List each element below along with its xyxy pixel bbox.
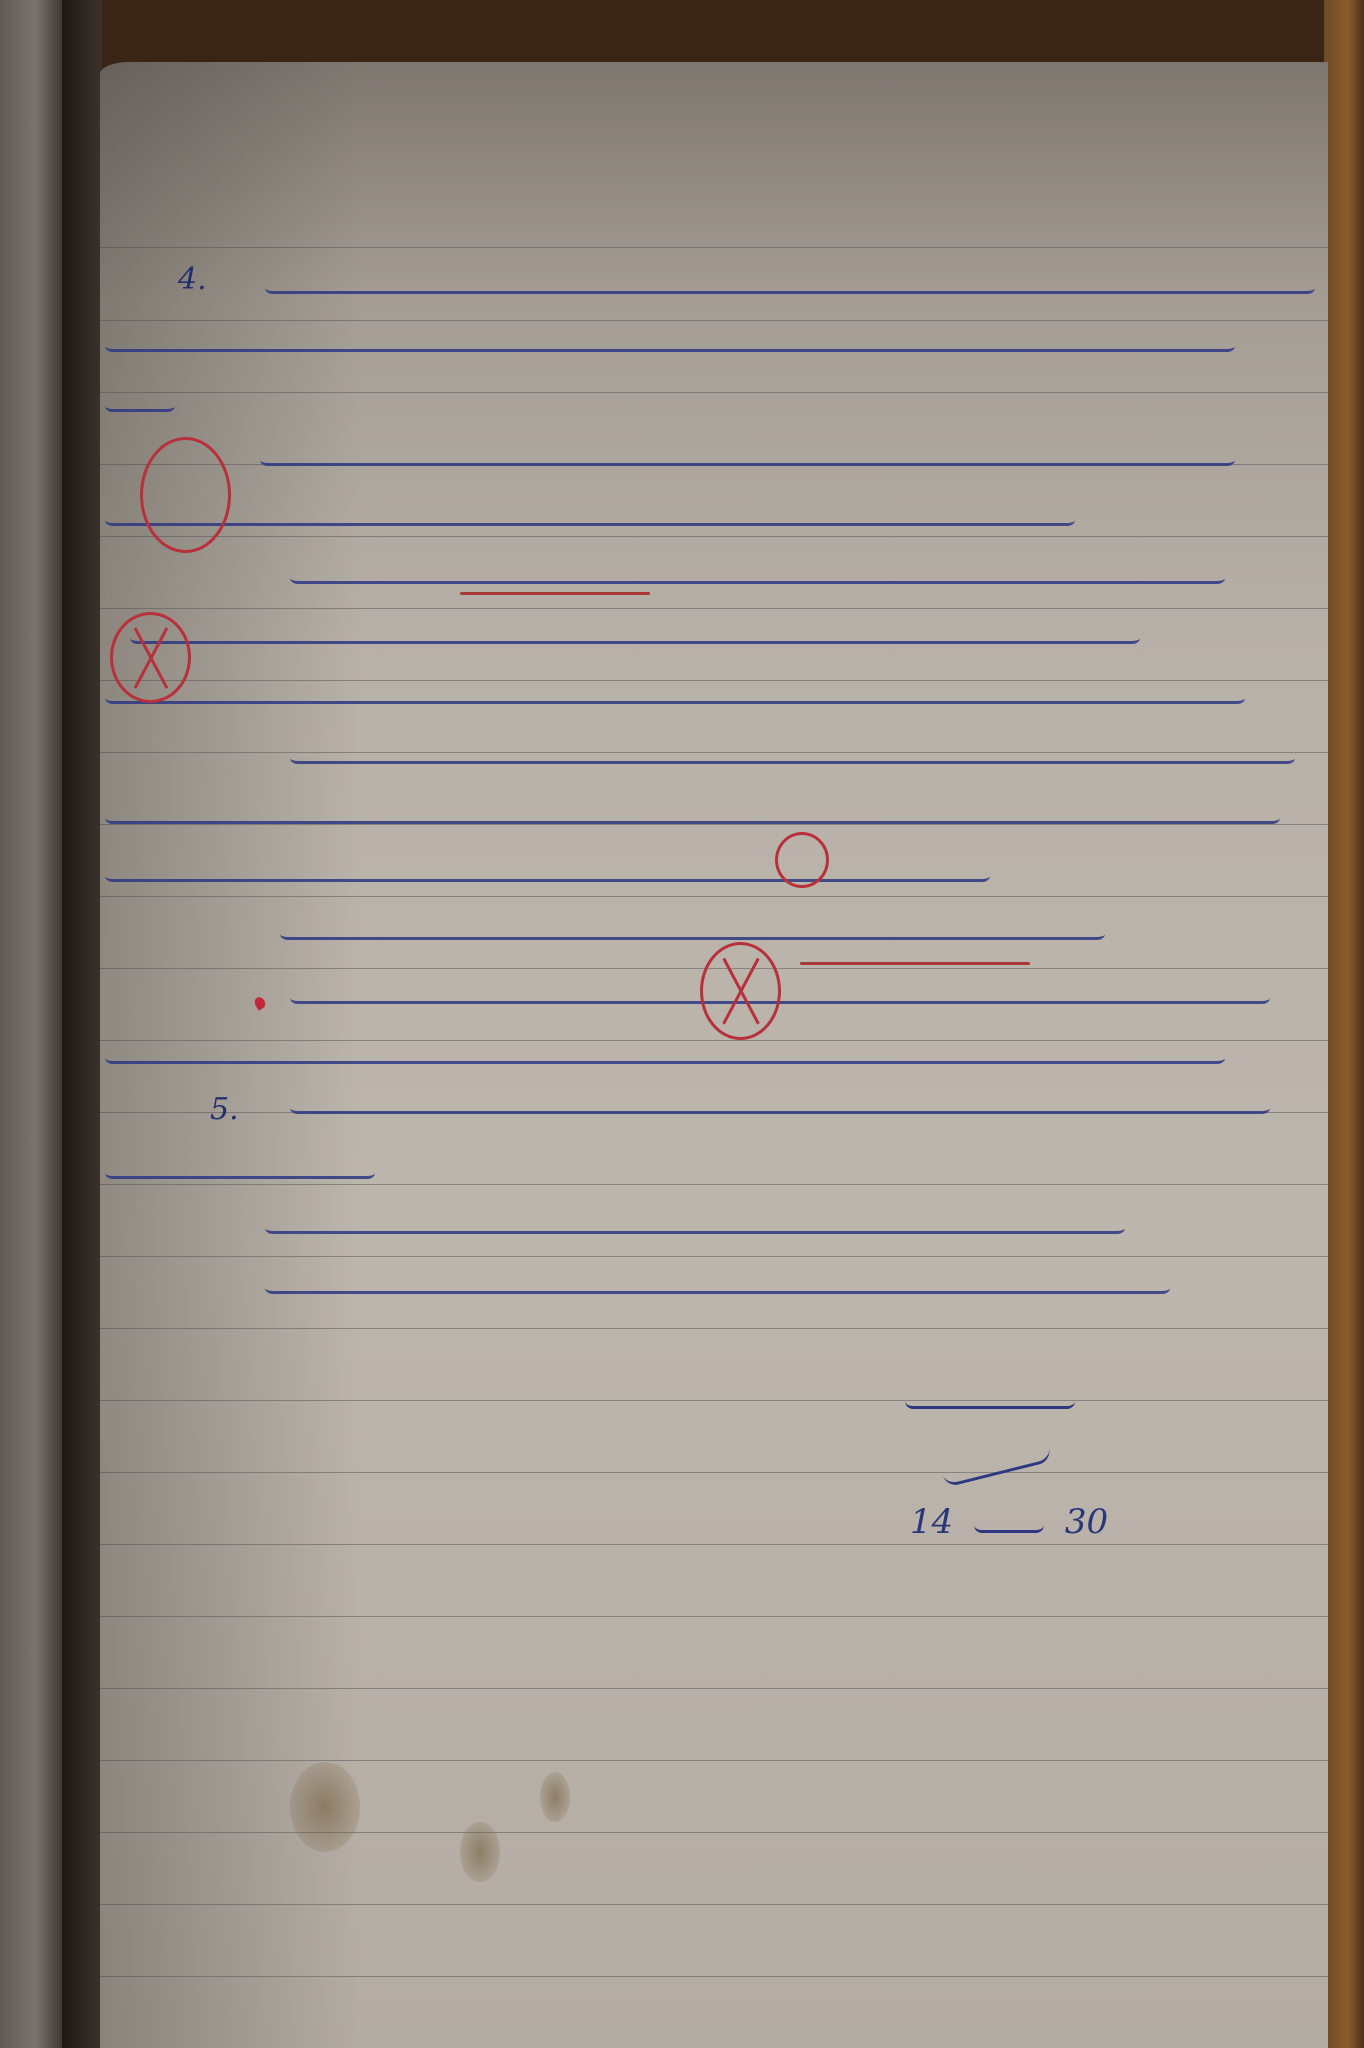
red-underline-annotation	[800, 962, 1030, 965]
handwritten-line: [handwritten Thai phrase – illegible]	[105, 1157, 375, 1197]
notebook-cover-edge	[1324, 0, 1364, 2048]
paper-stain	[540, 1772, 570, 1822]
handwritten-line: [handwritten Thai line – illegible]	[105, 682, 1245, 722]
handwritten-line: [handwritten Thai line – illegible]	[130, 622, 1140, 662]
red-x-annotation	[110, 612, 191, 703]
red-circle-annotation	[140, 437, 231, 553]
handwritten-line: [indented handwritten Thai line, partly …	[290, 562, 1225, 602]
handwritten-line: [handwritten Thai line with parenthetica…	[105, 504, 1075, 544]
ruled-line	[100, 1328, 1328, 1329]
handwritten-line: [handwritten Thai line with small supers…	[105, 1042, 1225, 1082]
signature-date: 14 [handwritten Thai month abbreviation …	[910, 1502, 1108, 1542]
ruled-line	[100, 1616, 1328, 1617]
notebook-page: 4. [handwritten Thai line – illegible] […	[100, 62, 1328, 2048]
entry-number-4: 4.	[178, 262, 207, 297]
ruled-line	[100, 1544, 1328, 1545]
signature-line-1: [handwritten Thai word – illegible]	[905, 1382, 1075, 1417]
paper-stain	[460, 1822, 500, 1882]
handwritten-line: [handwritten Thai line – illegible]	[105, 860, 990, 900]
handwritten-line: [indented handwritten Thai line – illegi…	[265, 1272, 1170, 1312]
ruled-line	[100, 1400, 1328, 1401]
handwritten-line: [indented handwritten Thai line – illegi…	[265, 1212, 1125, 1252]
handwritten-line: [indented handwritten Thai line – illegi…	[290, 742, 1295, 782]
handwritten-line: [handwritten Thai line – illegible]	[105, 330, 1235, 370]
red-tick-mark	[253, 995, 268, 1010]
ruled-line	[100, 1256, 1328, 1257]
ruled-line	[100, 608, 1328, 609]
ruled-line	[100, 1040, 1328, 1041]
ruled-line	[100, 1760, 1328, 1761]
ruled-line	[100, 1472, 1328, 1473]
handwritten-line: [indented handwritten Thai paragraph lin…	[260, 444, 1235, 484]
entry-number-5: 5.	[210, 1092, 239, 1127]
date-day: 14	[910, 1502, 953, 1542]
ruled-line	[100, 392, 1328, 393]
handwritten-line: [handwritten Thai line with red-circled …	[105, 802, 1280, 842]
date-year: 30	[1065, 1502, 1108, 1542]
left-page-edge	[0, 0, 70, 2048]
red-underline-annotation	[460, 592, 650, 595]
red-circle-annotation	[775, 832, 829, 888]
ruled-line	[100, 1976, 1328, 1977]
handwritten-line: [handwritten Thai line – illegible]	[290, 1092, 1270, 1132]
ruled-line	[100, 247, 1328, 248]
signature: [handwritten signature – illegible]	[940, 1442, 1050, 1483]
handwritten-line: [indented handwritten Thai line with und…	[280, 918, 1105, 958]
paper-stain	[290, 1762, 360, 1852]
handwritten-line: [handwritten Thai word – illegible]	[105, 390, 175, 430]
ruled-line	[100, 1832, 1328, 1833]
handwritten-line: [handwritten Thai line – illegible]	[265, 272, 1315, 312]
ruled-line	[100, 680, 1328, 681]
ruled-line	[100, 1688, 1328, 1689]
ruled-line	[100, 320, 1328, 321]
ruled-line	[100, 1904, 1328, 1905]
notebook-binding	[62, 0, 102, 2048]
red-x-annotation	[700, 942, 781, 1040]
